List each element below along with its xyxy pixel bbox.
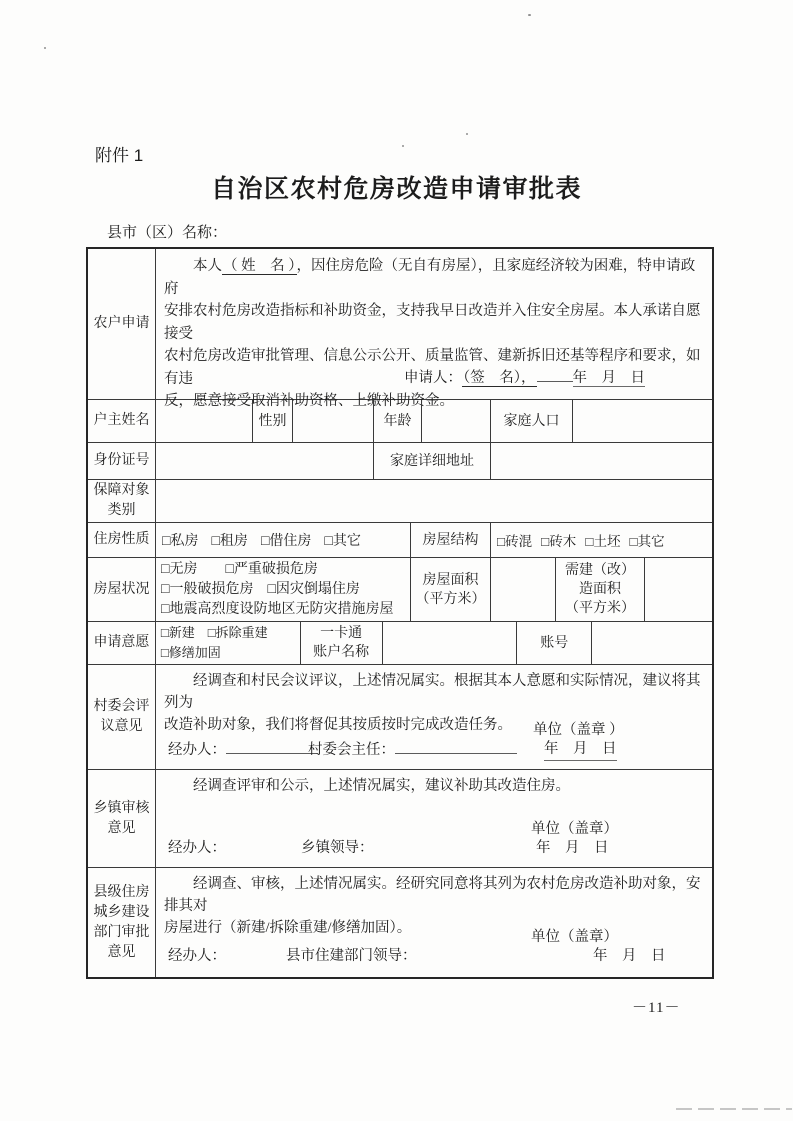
checkbox-adobe: □土坯 — [585, 530, 620, 550]
handler-blank-line — [226, 740, 318, 754]
application-form-table: 农户申请 本人（ 姓 名 ），因住房危险（无自有房屋），且家庭经济较为困难，特申… — [86, 247, 714, 979]
attachment-label: 附件 1 — [95, 141, 143, 166]
scan-speck — [44, 47, 46, 49]
row-farmer-application: 农户申请 本人（ 姓 名 ），因住房危险（无自有房屋），且家庭经济较为困难，特申… — [88, 249, 712, 400]
township-review-content: 经调查评审和公示，上述情况属实，建议补助其改造住房。 单位（盖章） 经办人： 乡… — [156, 770, 712, 868]
village-handler-label: 经办人： — [168, 739, 318, 761]
target-category-label: 保障对象 类别 — [88, 480, 156, 523]
scan-speck — [466, 133, 468, 135]
row-housing-condition: 房屋状况 □无房 □严重破损危房 □一般破损危房 □因灾倒塌住房 □地震高烈度设… — [88, 558, 712, 622]
checkbox-brick-wood: □砖木 — [541, 530, 576, 550]
county-approval-content: 经调查、审核，上述情况属实。经研究同意将其列为农村危房改造补助对象，安排其对 房… — [156, 868, 712, 977]
intent-option-line-2: □修缮加固 — [161, 643, 295, 663]
account-number-field — [592, 622, 712, 665]
checkbox-private-house: □私房 — [162, 530, 198, 550]
checkbox-other-structure: □其它 — [629, 530, 664, 550]
address-label: 家庭详细地址 — [374, 443, 491, 480]
row-village-review: 村委会评 议意见 经调查和村民会议评议，上述情况属实。根据其本人意愿和实际情况，… — [88, 665, 712, 770]
director-text: 村委会主任： — [308, 742, 395, 758]
county-opinion-line-2: 房屋进行（新建/拆除重建/修缮加固）。 — [164, 917, 704, 939]
application-intent-label: 申请意愿 — [88, 622, 156, 665]
handler-text: 经办人： — [168, 742, 226, 758]
farmer-application-pledge-cell: 本人（ 姓 名 ），因住房危险（无自有房屋），且家庭经济较为困难，特申请政府 安… — [156, 249, 712, 400]
signature-blank: （签 名）， — [462, 370, 537, 387]
township-handler-label: 经办人： — [168, 837, 226, 859]
card-account-name-field — [383, 622, 518, 665]
housing-structure-label: 房屋结构 — [411, 523, 491, 558]
row-identity: 身份证号 家庭详细地址 — [88, 443, 712, 480]
township-opinion-line-1: 经调查评审和公示，上述情况属实，建议补助其改造住房。 — [164, 775, 704, 797]
row-householder: 户主姓名 性别 年龄 家庭人口 — [88, 400, 712, 443]
family-size-label: 家庭人口 — [491, 400, 573, 443]
row-county-approval: 县级住房 城乡建设 部门审批 意见 经调查、审核，上述情况属实。经研究同意将其列… — [88, 868, 712, 977]
housing-condition-options: □无房 □严重破损危房 □一般破损危房 □因灾倒塌住房 □地震高烈度设防地区无防… — [156, 558, 411, 622]
id-number-label: 身份证号 — [88, 443, 156, 480]
id-number-field — [156, 443, 374, 480]
county-opinion-line-1: 经调查、审核，上述情况属实。经研究同意将其列为农村危房改造补助对象，安排其对 — [164, 873, 704, 917]
intent-options: □新建 □拆除重建 □修缮加固 — [156, 622, 301, 665]
county-handler-label: 经办人： — [168, 945, 226, 967]
card-account-name-label: 一卡通 账户名称 — [301, 622, 383, 665]
row-application-intent: 申请意愿 □新建 □拆除重建 □修缮加固 一卡通 账户名称 账号 — [88, 622, 712, 665]
village-review-label: 村委会评 议意见 — [88, 665, 156, 770]
checkbox-other-nature: □其它 — [324, 530, 360, 550]
account-number-label: 账号 — [517, 622, 592, 665]
checkbox-borrowed-house: □借住房 — [261, 530, 311, 550]
house-area-field — [491, 558, 556, 622]
county-name-label: 县市（区）名称： — [107, 221, 227, 242]
county-approval-label: 县级住房 城乡建设 部门审批 意见 — [88, 868, 156, 977]
checkbox-rented-house: □租房 — [211, 530, 247, 550]
scan-artifact-line — [676, 1108, 792, 1110]
row-target-category: 保障对象 类别 — [88, 480, 712, 523]
age-field — [422, 400, 491, 443]
rebuild-area-label: 需建（改） 造面积 （平方米） — [556, 558, 645, 622]
village-date-label: 年 月 日 — [544, 738, 617, 761]
target-category-field — [156, 480, 712, 523]
intent-option-line-1: □新建 □拆除重建 — [161, 623, 295, 643]
farmer-application-label: 农户申请 — [88, 249, 156, 400]
gender-field — [293, 400, 374, 443]
rebuild-area-field — [645, 558, 712, 622]
county-date-label: 年 月 日 — [593, 945, 666, 967]
page-number: －11－ — [632, 996, 680, 1017]
condition-option-line-2: □一般破损危房 □因灾倒塌住房 — [161, 580, 405, 600]
gender-label: 性别 — [253, 400, 293, 443]
document-title: 自治区农村危房改造申请审批表 — [0, 169, 793, 205]
house-area-label: 房屋面积 （平方米） — [411, 558, 491, 622]
pledge-prefix: 本人 — [193, 258, 222, 274]
condition-option-line-1: □无房 □严重破损危房 — [161, 560, 405, 580]
checkbox-brick-concrete: □砖混 — [497, 530, 532, 550]
applicant-label: 申请人： — [404, 370, 462, 386]
housing-nature-options: □私房 □租房 □借住房 □其它 — [156, 523, 411, 558]
name-blank-underline: （ 姓 名 ） — [222, 258, 297, 275]
scan-speck — [528, 14, 531, 16]
pledge-line-2: 安排农村危房改造指标和补助资金，支持我早日改造并入住安全房屋。本人承诺自愿接受 — [164, 300, 704, 345]
township-leader-label: 乡镇领导： — [301, 837, 374, 859]
housing-nature-label: 住房性质 — [88, 523, 156, 558]
village-review-content: 经调查和村民会议评议，上述情况属实。根据其本人意愿和实际情况，建议将其列为 改造… — [156, 665, 712, 770]
applicant-signature-line: 申请人：（签 名），年 月 日 — [404, 367, 645, 390]
row-housing-nature: 住房性质 □私房 □租房 □借住房 □其它 房屋结构 □砖混 □砖木 □土坯 □… — [88, 523, 712, 558]
village-director-label: 村委会主任： — [308, 739, 517, 761]
township-date-label: 年 月 日 — [536, 837, 609, 859]
scanned-document-page: 附件 1 自治区农村危房改造申请审批表 县市（区）名称： 农户申请 本人（ 姓 … — [0, 0, 793, 1121]
row-township-review: 乡镇审核 意见 经调查评审和公示，上述情况属实，建议补助其改造住房。 单位（盖章… — [88, 770, 712, 868]
housing-structure-options: □砖混 □砖木 □土坯 □其它 — [491, 523, 712, 558]
pledge-line-1: 本人（ 姓 名 ），因住房危险（无自有房屋），且家庭经济较为困难，特申请政府 — [164, 255, 704, 300]
housing-condition-label: 房屋状况 — [88, 558, 156, 622]
date-labels: 年 月 日 — [573, 370, 646, 387]
scan-speck — [402, 145, 404, 147]
county-leader-label: 县市住建部门领导： — [286, 945, 417, 967]
director-blank-line — [395, 740, 517, 754]
family-size-field — [573, 400, 712, 443]
village-opinion-line-1: 经调查和村民会议评议，上述情况属实。根据其本人意愿和实际情况，建议将其列为 — [164, 670, 704, 714]
householder-name-label: 户主姓名 — [88, 400, 156, 443]
date-blank-line — [537, 368, 573, 382]
condition-option-line-3: □地震高烈度设防地区无防灾措施房屋 — [161, 600, 405, 620]
householder-name-field — [156, 400, 253, 443]
township-review-label: 乡镇审核 意见 — [88, 770, 156, 868]
address-field — [491, 443, 712, 480]
age-label: 年龄 — [374, 400, 422, 443]
